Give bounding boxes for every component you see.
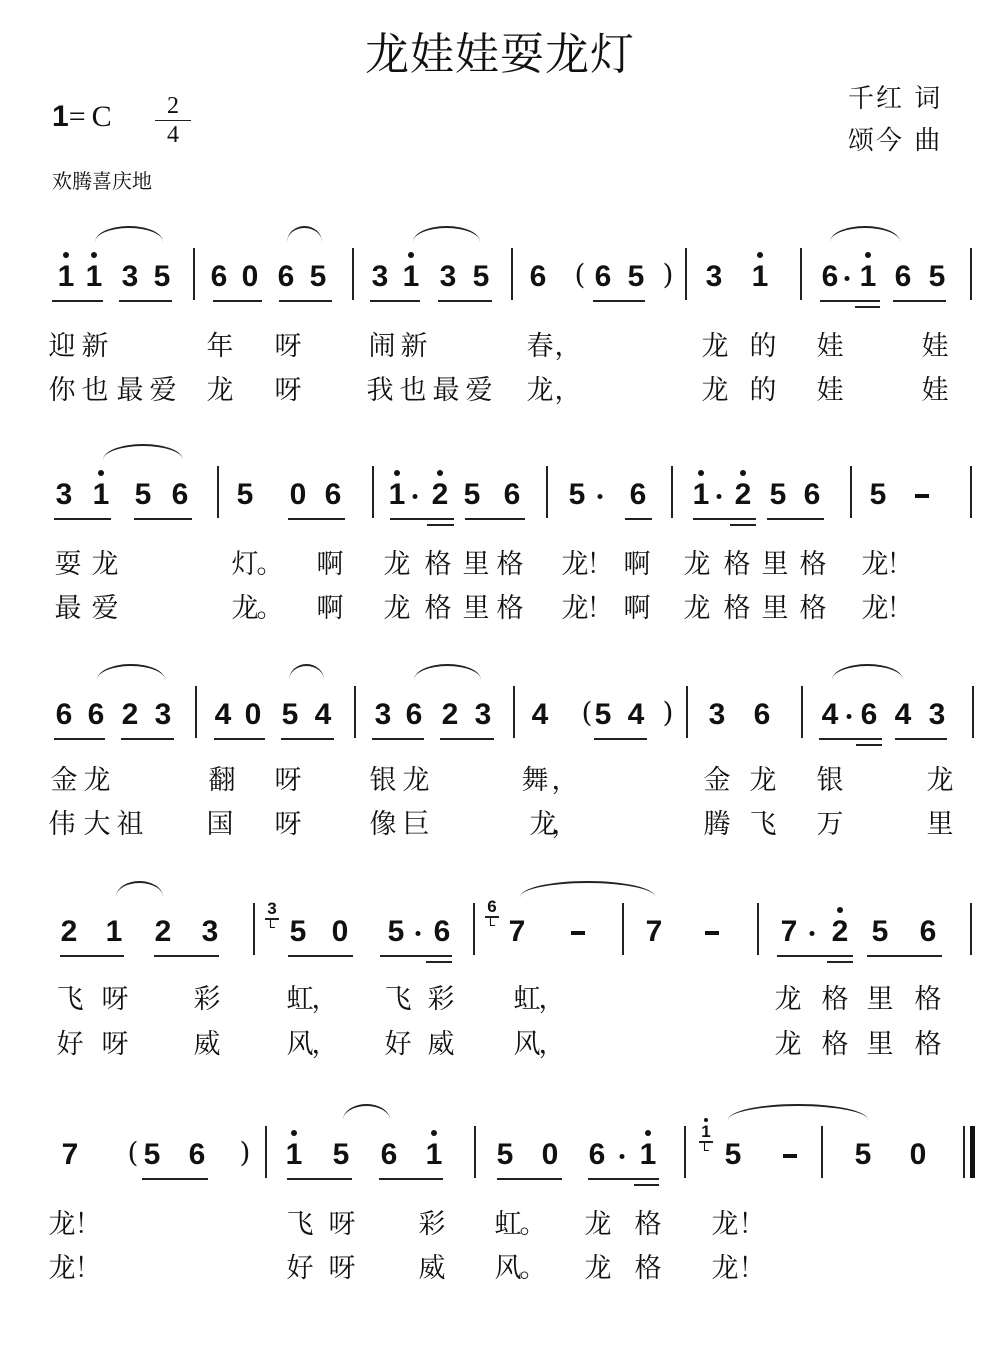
lyric-syllable: 娃 [817, 376, 844, 406]
note: 5 [333, 1140, 350, 1170]
barline [372, 466, 374, 518]
slur [343, 1104, 390, 1120]
lyric-syllable: 。 [257, 550, 284, 580]
key-letter: C [92, 100, 112, 133]
parenthesis: ( [582, 698, 593, 728]
eighth-underline [60, 955, 124, 957]
lyric-syllable: 呀 [275, 810, 302, 840]
note: 1 [106, 917, 123, 947]
note: 5 [497, 1140, 514, 1170]
lyric-syllable: 龙 [750, 766, 777, 796]
note: 4 [895, 700, 912, 730]
lyric-syllable: 虹 [287, 985, 314, 1015]
extension-dash [705, 931, 719, 935]
note: 5 [628, 262, 645, 292]
sixteenth-underline [634, 1184, 659, 1186]
lyric-syllable: 格 [425, 550, 452, 580]
lyric-syllable: 新 [82, 332, 109, 362]
lyric-syllable: 里 [867, 1030, 894, 1060]
lyric-syllable: 呀 [102, 985, 129, 1015]
note: 0 [290, 480, 307, 510]
note: 6 [278, 262, 295, 292]
lyric-syllable: 飞 [287, 1210, 314, 1240]
note: 6 [434, 917, 451, 947]
slur [97, 664, 165, 680]
lyric-syllable: 。 [520, 1254, 547, 1284]
lyric-syllable: 金 [704, 766, 731, 796]
eighth-underline [213, 300, 262, 302]
lyric-syllable: 呀 [329, 1210, 356, 1240]
note: 1 [58, 262, 75, 292]
note: 5 [595, 700, 612, 730]
lyric-syllable: 年 [207, 332, 234, 362]
lyric-syllable: 娃 [922, 332, 949, 362]
song-title: 龙娃娃耍龙灯 [0, 18, 1000, 82]
lyric-syllable: 龙 [207, 376, 234, 406]
lyric-syllable: 你 [49, 376, 76, 406]
sixteenth-underline [856, 744, 882, 746]
lyric-syllable: 龙 [712, 1254, 739, 1284]
barline [970, 903, 972, 955]
note: 2 [442, 700, 459, 730]
lyric-syllable: 也 [400, 376, 427, 406]
eighth-underline [820, 300, 880, 302]
lyric-syllable: 祖 [117, 810, 144, 840]
barline-thin [963, 1126, 965, 1178]
lyric-syllable: 娃 [922, 376, 949, 406]
lyricist-credit: 千红 词 [848, 78, 978, 115]
lyric-syllable: 最 [117, 376, 144, 406]
lyric-syllable: 风 [287, 1030, 314, 1060]
high-octave-dot [757, 252, 763, 258]
grace-note-digit: 1 [701, 1122, 710, 1141]
key-equals: = [69, 100, 86, 133]
lyric-syllable: 啊 [624, 594, 651, 624]
eighth-underline [287, 1178, 352, 1180]
eighth-underline [372, 738, 424, 740]
lyric-syllable: 龙 [585, 1210, 612, 1240]
note: 6 [595, 262, 612, 292]
note: 6 [530, 262, 547, 292]
eighth-underline [379, 1178, 443, 1180]
time-signature-numerator: 2 [155, 94, 191, 121]
lyric-syllable: 娃 [817, 332, 844, 362]
grace-note: 1ᒪ [699, 1118, 713, 1153]
note: 2 [432, 480, 449, 510]
note: 7 [509, 917, 526, 947]
lyric-syllable: 啊 [317, 594, 344, 624]
note: 5 [473, 262, 490, 292]
note: 6 [325, 480, 342, 510]
lyric-syllable: 格 [800, 550, 827, 580]
lyric-syllable: 的 [750, 332, 777, 362]
lyric-syllable: 格 [635, 1210, 662, 1240]
lyric-syllable: ！ [75, 1254, 102, 1284]
high-octave-dot [408, 252, 414, 258]
lyric-syllable: 翻 [209, 766, 236, 796]
lyric-syllable: 。 [520, 1210, 547, 1240]
note: 4 [822, 700, 839, 730]
grace-hook-icon: ᒪ [699, 1143, 713, 1153]
lyric-syllable: 龙 [562, 550, 589, 580]
lyric-syllable: 春 [527, 332, 554, 362]
lyric-syllable: 风 [495, 1254, 522, 1284]
lyric-syllable: 闹 [369, 332, 396, 362]
note: 3 [372, 262, 389, 292]
lyric-syllable: 银 [370, 766, 397, 796]
eighth-underline [288, 955, 353, 957]
high-octave-dot [291, 1130, 297, 1136]
grace-note-digit: 6 [487, 897, 496, 916]
augmentation-dot [847, 714, 852, 719]
lyric-syllable: ！ [739, 1254, 766, 1284]
lyric-syllable: 啊 [624, 550, 651, 580]
eighth-underline [54, 518, 111, 520]
lyric-syllable: ， [552, 766, 579, 796]
lyric-syllable: 呀 [102, 1030, 129, 1060]
note: 1 [426, 1140, 443, 1170]
lyric-syllable: ！ [887, 550, 914, 580]
slur [413, 226, 480, 242]
note: 3 [706, 262, 723, 292]
lyric-syllable: 龙 [527, 376, 554, 406]
barline [354, 686, 356, 738]
lyric-syllable: 格 [497, 550, 524, 580]
high-octave-dot [698, 470, 704, 476]
note: 6 [406, 700, 423, 730]
note: 3 [709, 700, 726, 730]
eighth-underline [380, 955, 452, 957]
lyric-syllable: 彩 [428, 985, 455, 1015]
note: 0 [245, 700, 262, 730]
lyric-syllable: 耍 [55, 550, 82, 580]
lyric-syllable: 龙 [84, 766, 111, 796]
note: 2 [122, 700, 139, 730]
note: 1 [389, 480, 406, 510]
lyric-syllable: 格 [635, 1254, 662, 1284]
note: 5 [237, 480, 254, 510]
lyric-syllable: 龙 [384, 594, 411, 624]
note: 3 [202, 917, 219, 947]
note: 6 [88, 700, 105, 730]
extension-dash [915, 494, 929, 498]
lyric-syllable: 飞 [750, 810, 777, 840]
note: 5 [290, 917, 307, 947]
lyric-syllable: 龙 [384, 550, 411, 580]
lyric-syllable: 飞 [385, 985, 412, 1015]
eighth-underline [281, 738, 334, 740]
lyric-syllable: 龙 [702, 376, 729, 406]
grace-note: 6ᒪ [485, 898, 499, 928]
lyric-syllable: 伟 [49, 810, 76, 840]
extension-dash [571, 931, 585, 935]
barline [757, 903, 759, 955]
note: 6 [211, 262, 228, 292]
barline [622, 903, 624, 955]
grace-hook-icon: ᒪ [485, 918, 499, 928]
eighth-underline [440, 738, 494, 740]
note: 5 [569, 480, 586, 510]
lyric-syllable: 格 [425, 594, 452, 624]
eighth-underline [867, 955, 942, 957]
note: 6 [861, 700, 878, 730]
lyric-syllable: 龙 [712, 1210, 739, 1240]
lyric-syllable: 爱 [150, 376, 177, 406]
lyric-syllable: 龙 [862, 594, 889, 624]
slur [830, 226, 900, 242]
note: 3 [155, 700, 172, 730]
augmentation-dot [416, 931, 421, 936]
eighth-underline [625, 518, 652, 520]
note: 5 [725, 1140, 742, 1170]
note: 4 [532, 700, 549, 730]
note: 6 [504, 480, 521, 510]
eighth-underline [288, 518, 345, 520]
note: 4 [315, 700, 332, 730]
lyric-syllable: 呀 [275, 332, 302, 362]
note: 3 [375, 700, 392, 730]
lyric-syllable: 虹 [514, 985, 541, 1015]
high-octave-dot [431, 1130, 437, 1136]
high-octave-dot [98, 470, 104, 476]
lyric-syllable: 龙 [92, 550, 119, 580]
lyric-syllable: 龙 [775, 985, 802, 1015]
note: 1 [860, 262, 877, 292]
lyric-syllable: 龙 [702, 332, 729, 362]
lyric-syllable: 龙 [684, 550, 711, 580]
augmentation-dot [620, 1154, 625, 1159]
note: 6 [381, 1140, 398, 1170]
high-octave-dot [91, 252, 97, 258]
high-octave-dot [63, 252, 69, 258]
lyric-syllable: 腾 [704, 810, 731, 840]
barline [352, 248, 354, 300]
slur [414, 664, 481, 680]
lyric-syllable: 啊 [317, 550, 344, 580]
note: 5 [135, 480, 152, 510]
lyric-syllable: 万 [817, 810, 844, 840]
note: 2 [832, 917, 849, 947]
lyric-syllable: ， [539, 1030, 566, 1060]
lyric-syllable: 。 [257, 594, 284, 624]
sixteenth-underline [427, 524, 454, 526]
eighth-underline [588, 1178, 659, 1180]
lyric-syllable: 爱 [466, 376, 493, 406]
augmentation-dot [845, 276, 850, 281]
parenthesis: ) [663, 260, 674, 290]
lyric-syllable: 龙 [232, 594, 259, 624]
note: 5 [388, 917, 405, 947]
barline [686, 686, 688, 738]
note: 3 [122, 262, 139, 292]
lyric-syllable: 呀 [329, 1254, 356, 1284]
high-octave-dot [394, 470, 400, 476]
lyric-syllable: 舞 [522, 766, 549, 796]
lyric-syllable: 里 [762, 594, 789, 624]
lyric-syllable: 呀 [275, 766, 302, 796]
lyric-syllable: ， [555, 332, 582, 362]
note: 2 [61, 917, 78, 947]
high-octave-dot [837, 907, 843, 913]
note: 0 [910, 1140, 927, 1170]
lyric-syllable: 龙 [403, 766, 430, 796]
time-signature: 2 4 [155, 94, 191, 147]
barline [546, 466, 548, 518]
note: 3 [56, 480, 73, 510]
barline [265, 1126, 267, 1178]
slur [289, 664, 324, 680]
lyric-syllable: 飞 [57, 985, 84, 1015]
note: 6 [920, 917, 937, 947]
augmentation-dot [717, 494, 722, 499]
lyric-syllable: ， [312, 985, 339, 1015]
lyric-syllable: 龙 [562, 594, 589, 624]
lyric-syllable: 格 [724, 550, 751, 580]
note: 3 [929, 700, 946, 730]
barline [850, 466, 852, 518]
parenthesis: ) [663, 698, 674, 728]
eighth-underline [593, 300, 645, 302]
lyric-syllable: 我 [367, 376, 394, 406]
lyric-syllable: 好 [57, 1030, 84, 1060]
lyric-syllable: 像 [370, 810, 397, 840]
slur [728, 1104, 868, 1120]
note: 0 [332, 917, 349, 947]
barline [970, 466, 972, 518]
note: 7 [781, 917, 798, 947]
eighth-underline [497, 1178, 562, 1180]
lyric-syllable: ， [552, 810, 579, 840]
barline [195, 686, 197, 738]
lyric-syllable: 龙 [585, 1254, 612, 1284]
lyric-syllable: 龙 [49, 1210, 76, 1240]
lyric-syllable: 风 [514, 1030, 541, 1060]
lyric-syllable: 最 [433, 376, 460, 406]
lyric-syllable: 龙 [684, 594, 711, 624]
lyric-syllable: 龙 [862, 550, 889, 580]
eighth-underline [279, 300, 332, 302]
eighth-underline [438, 300, 492, 302]
barline [217, 466, 219, 518]
note: 1 [93, 480, 110, 510]
barline [513, 686, 515, 738]
barline [685, 248, 687, 300]
note: 5 [855, 1140, 872, 1170]
barline [972, 686, 974, 738]
note: 1 [640, 1140, 657, 1170]
note: 1 [693, 480, 710, 510]
lyric-syllable: 里 [463, 594, 490, 624]
eighth-underline [142, 1178, 208, 1180]
note: 1 [286, 1140, 303, 1170]
augmentation-dot [810, 931, 815, 936]
note: 1 [86, 262, 103, 292]
lyric-syllable: 格 [800, 594, 827, 624]
note: 1 [403, 262, 420, 292]
barline [511, 248, 513, 300]
grace-note: 3ᒪ [265, 900, 279, 930]
augmentation-dot [413, 494, 418, 499]
eighth-underline [819, 738, 882, 740]
eighth-underline [370, 300, 420, 302]
time-signature-denominator: 4 [155, 121, 191, 147]
lyric-syllable: 金 [51, 766, 78, 796]
sixteenth-underline [827, 961, 853, 963]
sixteenth-underline [426, 961, 452, 963]
lyric-syllable: 龙 [49, 1254, 76, 1284]
lyric-syllable: ！ [887, 594, 914, 624]
high-octave-dot [437, 470, 443, 476]
slur [287, 226, 322, 242]
high-octave-dot [865, 252, 871, 258]
slur [832, 664, 903, 680]
lyric-syllable: 格 [724, 594, 751, 624]
note: 4 [215, 700, 232, 730]
lyric-syllable: 彩 [419, 1210, 446, 1240]
note: 7 [62, 1140, 79, 1170]
parenthesis: ( [128, 1138, 139, 1168]
note: 6 [822, 262, 839, 292]
note: 2 [155, 917, 172, 947]
note: 5 [870, 480, 887, 510]
eighth-underline [594, 738, 647, 740]
lyric-syllable: 格 [822, 985, 849, 1015]
note: 5 [144, 1140, 161, 1170]
note: 5 [770, 480, 787, 510]
note: 6 [804, 480, 821, 510]
note: 6 [895, 262, 912, 292]
lyric-syllable: 威 [419, 1254, 446, 1284]
lyric-syllable: 的 [750, 376, 777, 406]
eighth-underline [465, 518, 525, 520]
lyric-syllable: 里 [927, 810, 954, 840]
lyric-syllable: 呀 [275, 376, 302, 406]
slur [520, 881, 655, 897]
note: 6 [189, 1140, 206, 1170]
note: 6 [589, 1140, 606, 1170]
note: 1 [752, 262, 769, 292]
lyric-syllable: 彩 [194, 985, 221, 1015]
lyric-syllable: 威 [194, 1030, 221, 1060]
lyric-syllable: 威 [428, 1030, 455, 1060]
sixteenth-underline [855, 306, 880, 308]
eighth-underline [777, 955, 853, 957]
lyric-syllable: 迎 [49, 332, 76, 362]
eighth-underline [52, 300, 103, 302]
lyric-syllable: 灯 [232, 550, 259, 580]
lyric-syllable: 最 [55, 594, 82, 624]
lyric-syllable: 格 [497, 594, 524, 624]
barline [253, 903, 255, 955]
grace-note-digit: 3 [267, 899, 276, 918]
grace-hook-icon: ᒪ [265, 920, 279, 930]
note: 7 [646, 917, 663, 947]
tempo-marking: 欢腾喜庆地 [52, 165, 152, 194]
high-octave-dot [740, 470, 746, 476]
eighth-underline [134, 518, 192, 520]
lyric-syllable: 里 [867, 985, 894, 1015]
augmentation-dot [598, 494, 603, 499]
eighth-underline [121, 738, 174, 740]
eighth-underline [214, 738, 265, 740]
eighth-underline [767, 518, 824, 520]
eighth-underline [893, 300, 946, 302]
note: 4 [628, 700, 645, 730]
note: 0 [242, 262, 259, 292]
eighth-underline [154, 955, 219, 957]
note: 5 [310, 262, 327, 292]
lyric-syllable: 爱 [92, 594, 119, 624]
